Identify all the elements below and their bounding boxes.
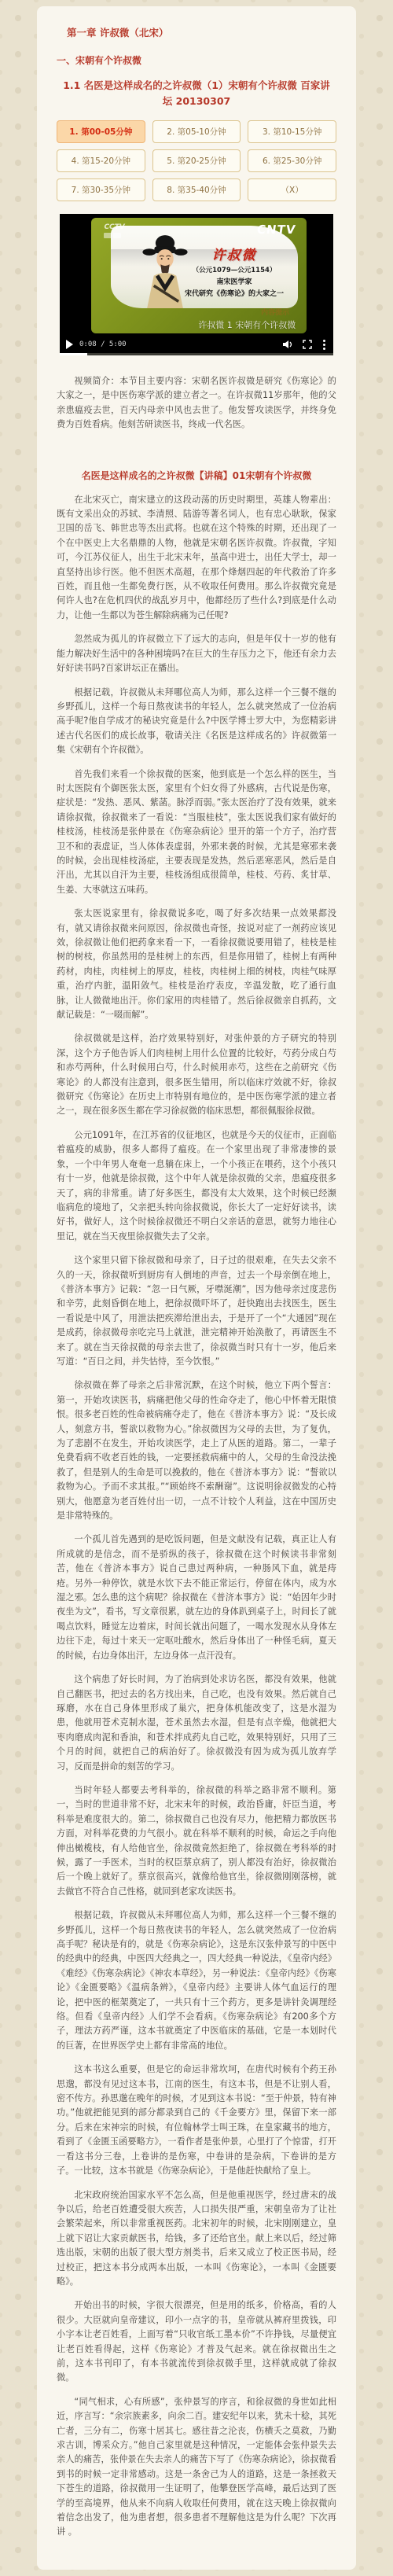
- segment-button[interactable]: 3. 第10-15分钟: [248, 120, 336, 143]
- segment-button[interactable]: 5. 第20-25分钟: [152, 149, 241, 172]
- transcript-paragraph: “同气相求，心有所感”，张仲景写的序言，和徐叔微的身世如此相近，序言写：“余宗族…: [57, 2395, 336, 2540]
- transcript-paragraph: 这个病患了好长时间，为了治病到处求访名医，都没有效果，他就自己翻医书，把过去的名…: [57, 1673, 336, 1774]
- content-hint-text: 许叔微 1 宋朝有个许叔微: [91, 318, 296, 331]
- content-hint-label: 内容提示: [261, 307, 289, 317]
- chapter-title: 第一章 许叔微（北宋）: [47, 25, 346, 39]
- transcript-paragraph: 徐叔微在葬了母亲之后非常沉默，在这个时候，他立下两个誓言：第一，开始攻读医书，病…: [57, 1378, 336, 1523]
- transcript-paragraphs: 在北宋灭亡，南宋建立的这段动荡的历史时期里，英雄人物辈出：既有文采出众的苏轼、李…: [47, 493, 346, 2540]
- transcript-paragraph: 这本书这么重要，但是它的命运非常坎坷，在唐代时候有个药王孙思邈，都没有见过这本书…: [57, 2063, 336, 2178]
- video-description: 宋代研究《伤寒论》的大家之一: [178, 288, 290, 298]
- transcript-paragraph: 根据记载，许叔微从未拜哪位高人为师，那么这样一个三餐不继的乡野孤儿，这样一个每日…: [57, 1908, 336, 2053]
- transcript-paragraph: 张太医说家里有，徐叔微说多吃，喝了好多次结果一点效果都没有，就又请徐叔微来问原因…: [57, 907, 336, 1022]
- video-panel: 许叔微 （公元1079—公元1154） 南宋医学家 宋代研究《伤寒论》的大家之一: [111, 226, 298, 307]
- transcript-heading: 名医是这样成名的之许叔微【讲稿】01宋朝有个许叔微: [47, 469, 346, 482]
- transcript-paragraph: 徐叔微就是这样，治疗效果特别好，对张仲景的方子研究的特别深，这个方子他告诉人们肉…: [57, 1032, 336, 1118]
- time-display: 0:08 / 5:00: [79, 340, 127, 348]
- segment-button[interactable]: 1. 第00-05分钟: [57, 120, 145, 143]
- play-button[interactable]: [66, 340, 73, 349]
- transcript-paragraph: 开始出书的时候，字很大很漂亮，但是用的纸多，价格高，看的人很少。大臣就向皇帝建议…: [57, 2298, 336, 2385]
- video-player[interactable]: 许叔微 （公元1079—公元1154） 南宋医学家 宋代研究《伤寒论》的大家之一…: [60, 214, 333, 355]
- segment-button[interactable]: 8. 第35-40分钟: [152, 178, 241, 201]
- segment-button[interactable]: 6. 第25-30分钟: [248, 149, 336, 172]
- cctv-watermark: CCTV: [104, 223, 124, 241]
- video-controls: 0:08 / 5:00: [60, 337, 333, 352]
- fullscreen-icon[interactable]: [303, 340, 312, 349]
- segment-button[interactable]: （X）: [248, 178, 336, 201]
- transcript-paragraph: 根据记载，许叔微从未拜哪位高人为师，那么这样一个三餐不继的乡野孤儿，这样一个每日…: [57, 686, 336, 758]
- controls-right: [282, 340, 327, 350]
- transcript-paragraph: 忽然成为孤儿的许叔微立下了远大的志向，但是年仅十一岁的他有能力解决好生活中的各种…: [57, 632, 336, 675]
- transcript-paragraph: 首先我们来看一个徐叔微的医案，他到底是一个怎么样的医生，当时太医院有个御医张太医…: [57, 767, 336, 898]
- volume-icon[interactable]: [282, 340, 293, 349]
- video-lifespan: （公元1079—公元1154）: [178, 265, 290, 274]
- video-name-calligraphy: 许叔微: [178, 244, 290, 263]
- segment-button-grid: 1. 第00-05分钟2. 第05-10分钟3. 第10-15分钟4. 第15-…: [57, 120, 336, 201]
- video-intro: 视频简介：本节目主要内容：宋朝名医许叔微是研究《伤寒论》的大家之一，是中医伤寒学…: [57, 374, 336, 432]
- progress-played: [60, 353, 87, 355]
- transcript-paragraph: 一个孤儿首先遇到的是吃饭问题，但是文献没有记载，真正让人有所成就的是信念，而不是…: [57, 1533, 336, 1663]
- video-occupation: 南宋医学家: [178, 276, 290, 286]
- more-options-icon[interactable]: [321, 340, 327, 350]
- transcript-paragraph: 当时年轻人都要去考科举的，徐叔微的科举之路非常不顺利。第一，当时的世道非常不好，…: [57, 1783, 336, 1899]
- watermark-tags: [104, 233, 124, 241]
- section-title: 一、宋朝有个许叔微: [47, 53, 346, 67]
- transcript-paragraph: 在北宋灭亡，南宋建立的这段动荡的历史时期里，英雄人物辈出：既有文采出众的苏轼、李…: [57, 493, 336, 624]
- transcript-paragraph: 这个家里只留下徐叔微和母亲了，日子过的很艰难，在失去父亲不久的一天，徐叔微听到厨…: [57, 1253, 336, 1369]
- segment-button[interactable]: 7. 第30-35分钟: [57, 178, 145, 201]
- segment-button[interactable]: 4. 第15-20分钟: [57, 149, 145, 172]
- content-card: 第一章 许叔微（北宋） 一、宋朝有个许叔微 1.1 名医是这样成名的之许叔微（1…: [37, 6, 356, 2570]
- cntv-logo: CNTV: [256, 223, 297, 237]
- progress-bar[interactable]: [60, 353, 333, 355]
- video-frame: 许叔微 （公元1079—公元1154） 南宋医学家 宋代研究《伤寒论》的大家之一…: [91, 218, 307, 333]
- video-title: 1.1 名医是这样成名的之许叔微（1）宋朝有个许叔微 百家讲坛 20130307: [61, 78, 332, 109]
- video-caption-block: 许叔微 （公元1079—公元1154） 南宋医学家 宋代研究《伤寒论》的大家之一: [178, 244, 290, 298]
- transcript-paragraph: 公元1091年，在江苏省的仪征地区，也就是今天的仪征市，正面临着瘟疫的威胁，很多…: [57, 1128, 336, 1244]
- transcript-paragraph: 北宋政府统治国家水平不怎么高，但是他重视医学，经过唐末的战争以后，给老百姓遭受很…: [57, 2188, 336, 2290]
- segment-button[interactable]: 2. 第05-10分钟: [152, 120, 241, 143]
